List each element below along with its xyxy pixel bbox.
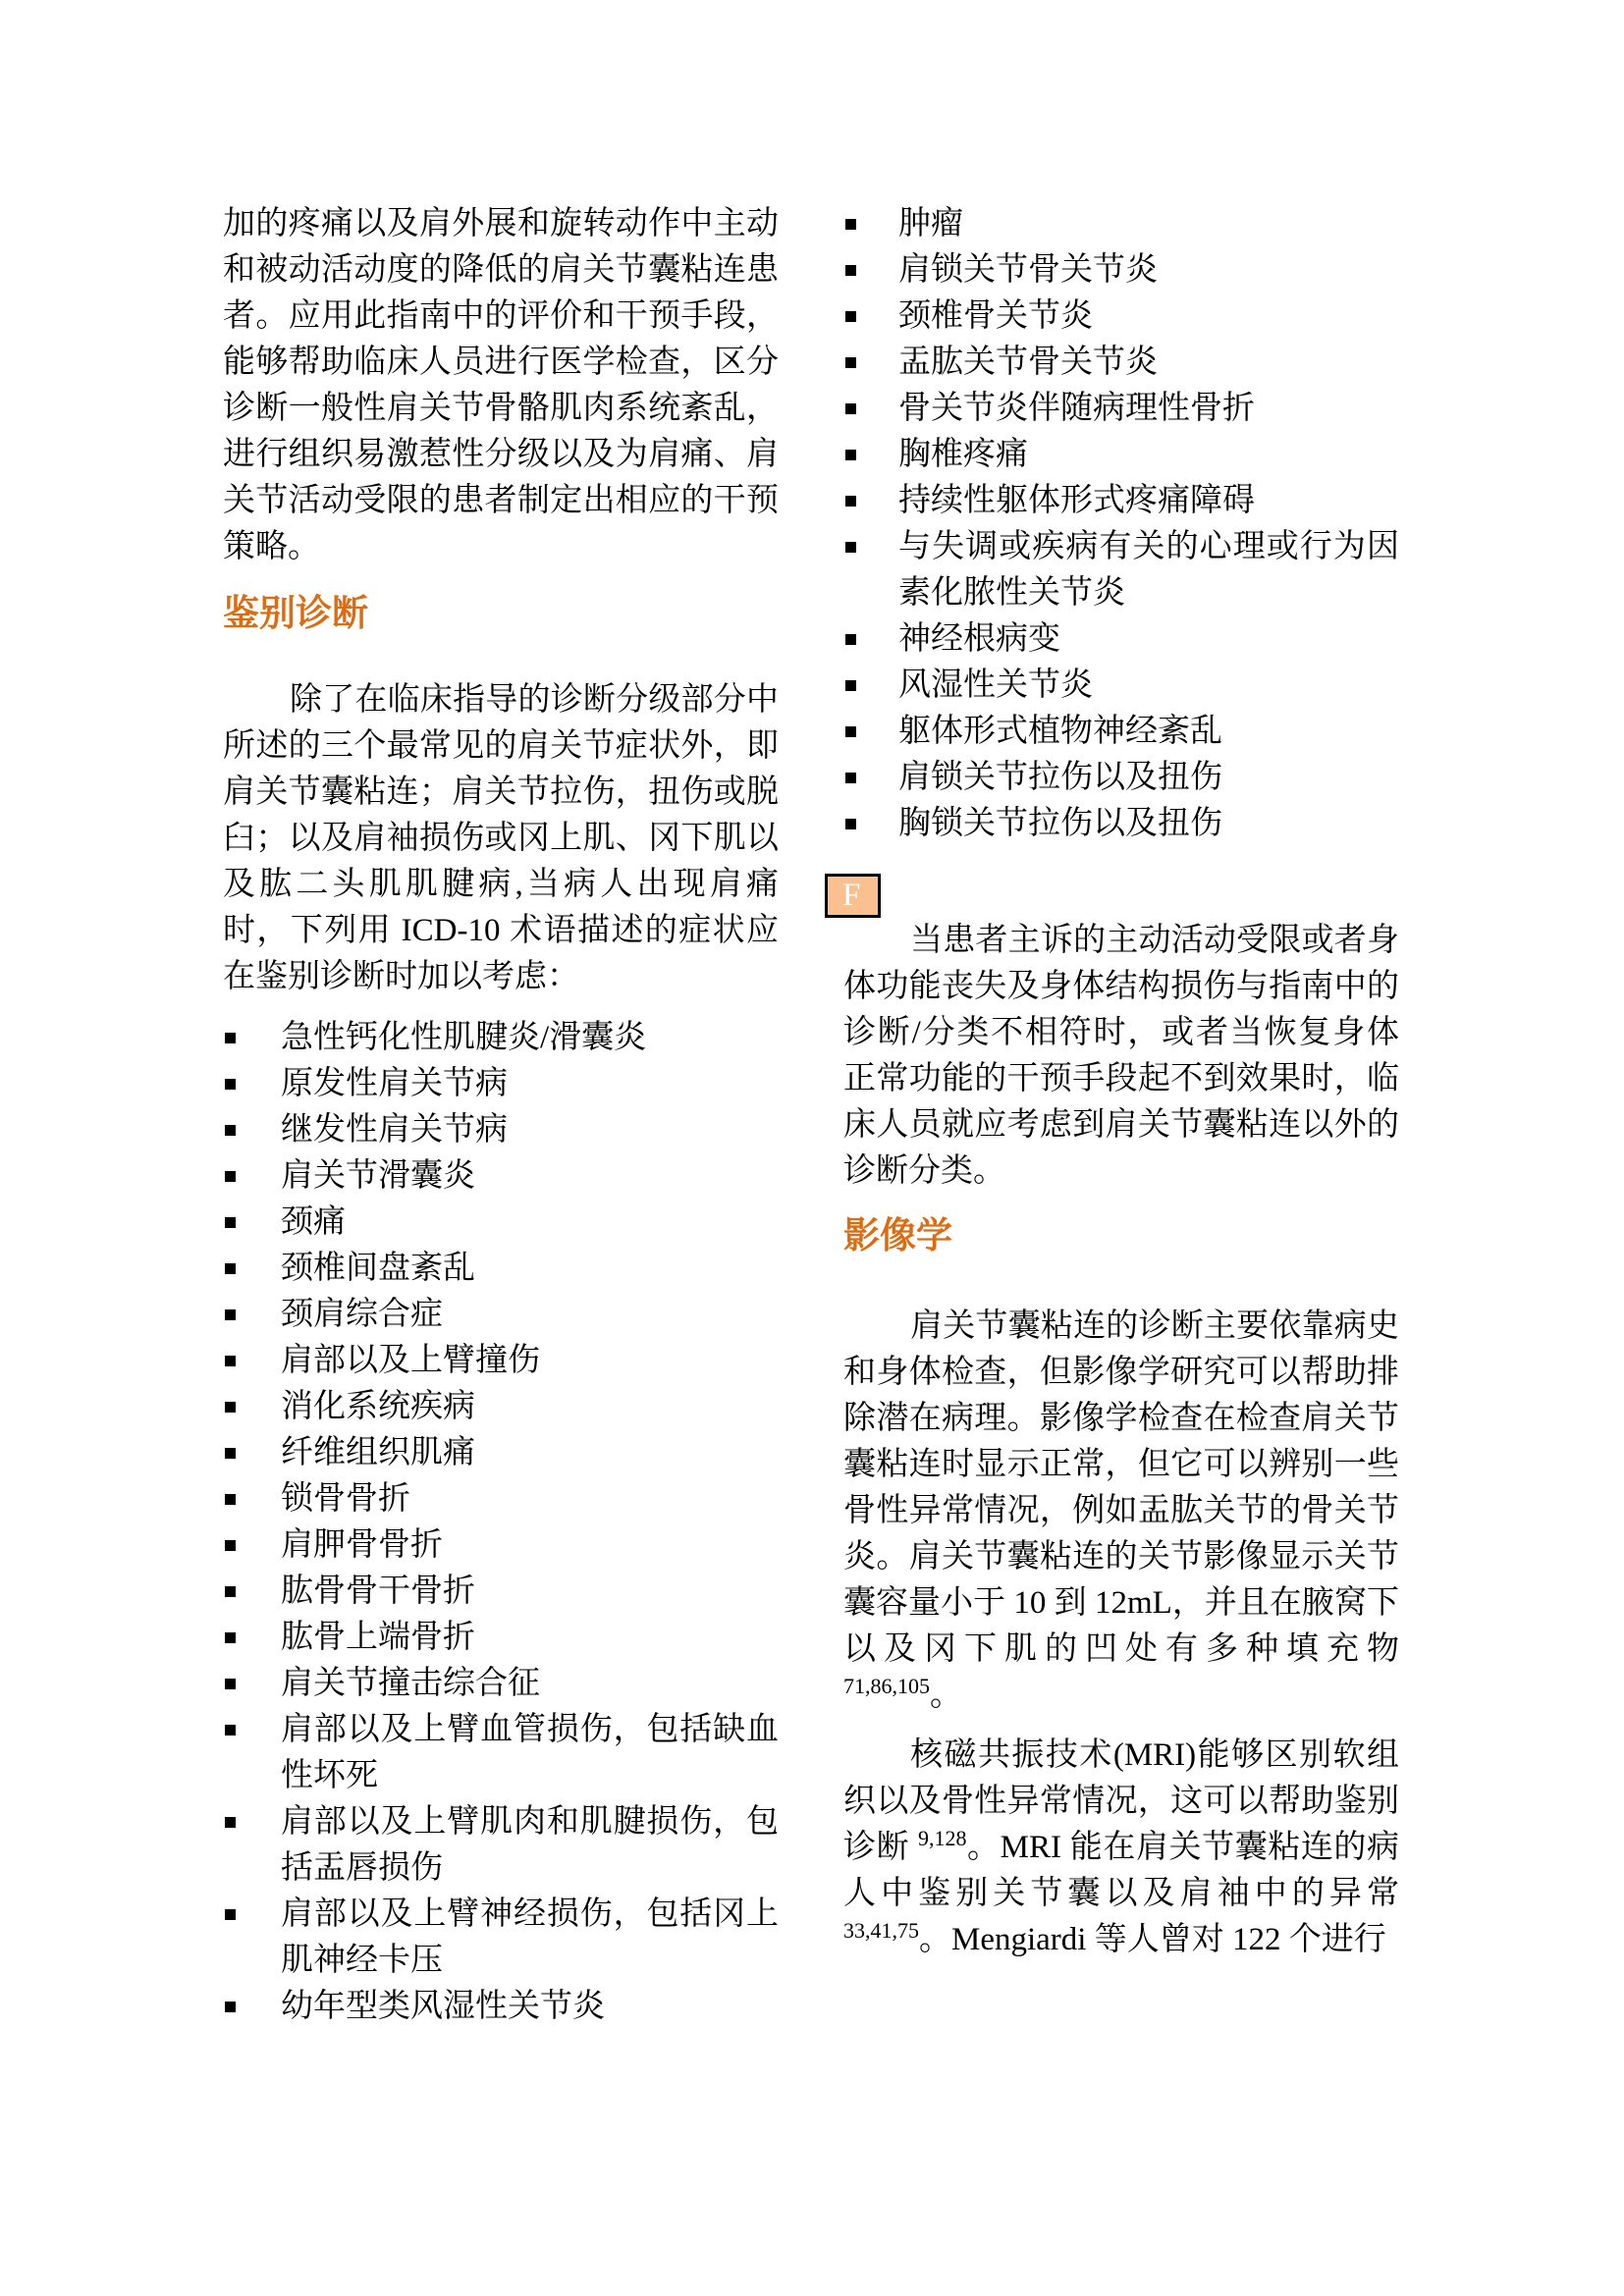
citation-superscript: 33,41,75 <box>843 1918 919 1943</box>
bullet-square-icon <box>845 680 856 691</box>
bullet-square-icon <box>845 403 856 414</box>
bullet-square-icon <box>225 1725 236 1735</box>
bullet-square-icon <box>845 726 856 737</box>
list-item-text: 肱骨骨干骨折 <box>281 1574 475 1609</box>
right-column: 肿瘤 肩锁关节骨关节炎 颈椎骨关节炎 盂肱关节骨关节炎 骨关节炎伴随病理性骨折 … <box>843 201 1399 1963</box>
list-item-text: 风湿性关节炎 <box>898 667 1093 703</box>
list-item: 纤维组织肌痛 <box>223 1430 779 1476</box>
bullet-square-icon <box>845 819 856 829</box>
list-item-text: 消化系统疾病 <box>281 1389 475 1424</box>
list-item-text: 肩部以及上臂神经损伤，包括冈上肌神经卡压 <box>281 1896 779 1978</box>
bullet-square-icon <box>225 1402 236 1413</box>
list-item: 肱骨上端骨折 <box>223 1615 779 1661</box>
list-item: 原发性肩关节病 <box>223 1061 779 1107</box>
list-item-text: 与失调或疾病有关的心理或行为因素化脓性关节炎 <box>898 529 1399 611</box>
list-item: 肩部以及上臂撞伤 <box>223 1338 779 1384</box>
list-item-text: 盂肱关节骨关节炎 <box>898 345 1158 380</box>
list-item-text: 原发性肩关节病 <box>281 1066 508 1101</box>
list-item: 与失调或疾病有关的心理或行为因素化脓性关节炎 <box>843 524 1399 616</box>
list-item: 幼年型类风湿性关节炎 <box>223 1984 779 2030</box>
evidence-grade-f-box: F <box>825 874 881 918</box>
list-item: 肩部以及上臂肌肉和肌腱损伤，包括盂唇损伤 <box>223 1799 779 1892</box>
bullet-square-icon <box>225 1586 236 1597</box>
list-item: 肩锁关节骨关节炎 <box>843 247 1399 294</box>
paragraph-mri-text-3: 。Mengiardi 等人曾对 122 个进行 <box>919 1922 1386 1957</box>
list-item-text: 颈痛 <box>281 1204 346 1240</box>
list-item-text: 急性钙化性肌腱炎/滑囊炎 <box>281 1020 646 1055</box>
list-item: 风湿性关节炎 <box>843 663 1399 709</box>
list-item-text: 肩部以及上臂撞伤 <box>281 1343 540 1378</box>
list-item-text: 持续性躯体形式疼痛障碍 <box>898 483 1255 518</box>
list-item-text: 颈椎间盘紊乱 <box>281 1251 475 1286</box>
bullet-square-icon <box>845 357 856 368</box>
list-item-text: 躯体形式植物神经紊乱 <box>898 714 1222 749</box>
list-item-text: 神经根病变 <box>898 621 1060 657</box>
list-item-text: 肩关节滑囊炎 <box>281 1158 475 1194</box>
list-item: 颈痛 <box>223 1200 779 1246</box>
list-item: 肩部以及上臂血管损伤，包括缺血性坏死 <box>223 1707 779 1799</box>
bullet-square-icon <box>845 450 856 460</box>
list-item-text: 肩锁关节骨关节炎 <box>898 252 1158 288</box>
list-item-text: 颈肩综合症 <box>281 1297 443 1332</box>
bullet-square-icon <box>225 1817 236 1828</box>
bullet-square-icon <box>225 1309 236 1320</box>
differential-diagnosis-list: 急性钙化性肌腱炎/滑囊炎 原发性肩关节病 继发性肩关节病 肩关节滑囊炎 颈痛 颈… <box>223 1015 779 2030</box>
bullet-square-icon <box>845 496 856 507</box>
list-item: 神经根病变 <box>843 616 1399 663</box>
citation-superscript: 71,86,105 <box>843 1674 930 1698</box>
list-item: 肩关节滑囊炎 <box>223 1153 779 1200</box>
list-item: 颈椎骨关节炎 <box>843 294 1399 340</box>
list-item: 肩锁关节拉伤以及扭伤 <box>843 755 1399 801</box>
list-item-text: 胸锁关节拉伤以及扭伤 <box>898 806 1222 841</box>
list-item: 胸锁关节拉伤以及扭伤 <box>843 801 1399 847</box>
list-item: 继发性肩关节病 <box>223 1107 779 1153</box>
paragraph-differential-intro: 除了在临床指导的诊断分级部分中所述的三个最常见的肩关节症状外，即肩关节囊粘连；肩… <box>223 677 779 1000</box>
list-item-text: 颈椎骨关节炎 <box>898 298 1093 334</box>
list-item: 骨关节炎伴随病理性骨折 <box>843 386 1399 432</box>
left-column: 加的疼痛以及肩外展和旋转动作中主动和被动活动度的降低的肩关节囊粘连患者。应用此指… <box>223 201 779 2030</box>
list-item-text: 肩部以及上臂肌肉和肌腱损伤，包括盂唇损伤 <box>281 1804 779 1886</box>
bullet-square-icon <box>225 1125 236 1136</box>
list-item: 消化系统疾病 <box>223 1384 779 1430</box>
list-item: 胸椎疼痛 <box>843 432 1399 478</box>
list-item-text: 肩关节撞击综合征 <box>281 1666 540 1701</box>
document-page: 加的疼痛以及肩外展和旋转动作中主动和被动活动度的降低的肩关节囊粘连患者。应用此指… <box>0 0 1624 2296</box>
list-item: 肿瘤 <box>843 201 1399 247</box>
paragraph-imaging-after: 。 <box>930 1678 962 1713</box>
list-item-text: 肩锁关节拉伤以及扭伤 <box>898 760 1222 795</box>
bullet-square-icon <box>225 1263 236 1274</box>
list-item-text: 继发性肩关节病 <box>281 1112 508 1148</box>
paragraph-imaging: 肩关节囊粘连的诊断主要依靠病史和身体检查，但影像学研究可以帮助排除潜在病理。影像… <box>843 1304 1399 1719</box>
list-item: 锁骨骨折 <box>223 1476 779 1522</box>
bullet-square-icon <box>845 773 856 783</box>
list-item-text: 肩胛骨骨折 <box>281 1527 443 1563</box>
list-item: 急性钙化性肌腱炎/滑囊炎 <box>223 1015 779 1061</box>
list-item: 肩关节撞击综合征 <box>223 1661 779 1707</box>
bullet-square-icon <box>225 1217 236 1228</box>
bullet-square-icon <box>845 542 856 553</box>
section-heading-differential-diagnosis: 鉴别诊断 <box>223 591 779 637</box>
list-item-text: 幼年型类风湿性关节炎 <box>281 1989 605 2024</box>
list-item: 肱骨骨干骨折 <box>223 1569 779 1615</box>
bullet-square-icon <box>225 1540 236 1551</box>
list-item: 颈椎间盘紊乱 <box>223 1246 779 1292</box>
list-item-text: 肩部以及上臂血管损伤，包括缺血性坏死 <box>281 1712 779 1793</box>
bullet-square-icon <box>225 1632 236 1643</box>
bullet-square-icon <box>845 634 856 645</box>
section-heading-imaging: 影像学 <box>843 1213 1399 1259</box>
list-item: 肩胛骨骨折 <box>223 1522 779 1569</box>
paragraph-continuation: 加的疼痛以及肩外展和旋转动作中主动和被动活动度的降低的肩关节囊粘连患者。应用此指… <box>223 201 779 570</box>
evidence-grade-f-label: F <box>842 878 860 913</box>
bullet-square-icon <box>225 1171 236 1182</box>
bullet-square-icon <box>225 1909 236 1920</box>
list-item: 躯体形式植物神经紊乱 <box>843 709 1399 755</box>
list-item-text: 锁骨骨折 <box>281 1481 410 1517</box>
bullet-square-icon <box>845 265 856 276</box>
list-item: 持续性躯体形式疼痛障碍 <box>843 478 1399 524</box>
bullet-square-icon <box>225 1448 236 1459</box>
bullet-square-icon <box>845 219 856 230</box>
bullet-square-icon <box>845 311 856 322</box>
list-item-text: 纤维组织肌痛 <box>281 1435 475 1470</box>
list-item: 颈肩综合症 <box>223 1292 779 1338</box>
list-item: 盂肱关节骨关节炎 <box>843 340 1399 386</box>
differential-diagnosis-list-continued: 肿瘤 肩锁关节骨关节炎 颈椎骨关节炎 盂肱关节骨关节炎 骨关节炎伴随病理性骨折 … <box>843 201 1399 847</box>
bullet-square-icon <box>225 1356 236 1366</box>
list-item: 肩部以及上臂神经损伤，包括冈上肌神经卡压 <box>223 1892 779 1984</box>
citation-superscript: 9,128 <box>918 1826 967 1850</box>
bullet-square-icon <box>225 1679 236 1689</box>
list-item-text: 肿瘤 <box>898 206 963 241</box>
paragraph-grade-f: 当患者主诉的主动活动受限或者身体功能丧失及身体结构损伤与指南中的诊断/分类不相符… <box>843 918 1399 1195</box>
bullet-square-icon <box>225 2002 236 2012</box>
paragraph-imaging-text: 肩关节囊粘连的诊断主要依靠病史和身体检查，但影像学研究可以帮助排除潜在病理。影像… <box>843 1308 1399 1667</box>
paragraph-mri: 核磁共振技术(MRI)能够区别软组织以及骨性异常情况，这可以帮助鉴别诊断 9,1… <box>843 1733 1399 1963</box>
list-item-text: 骨关节炎伴随病理性骨折 <box>898 391 1255 426</box>
bullet-square-icon <box>225 1079 236 1090</box>
list-item-text: 胸椎疼痛 <box>898 437 1028 472</box>
list-item-text: 肱骨上端骨折 <box>281 1620 475 1655</box>
bullet-square-icon <box>225 1494 236 1505</box>
bullet-square-icon <box>225 1033 236 1043</box>
